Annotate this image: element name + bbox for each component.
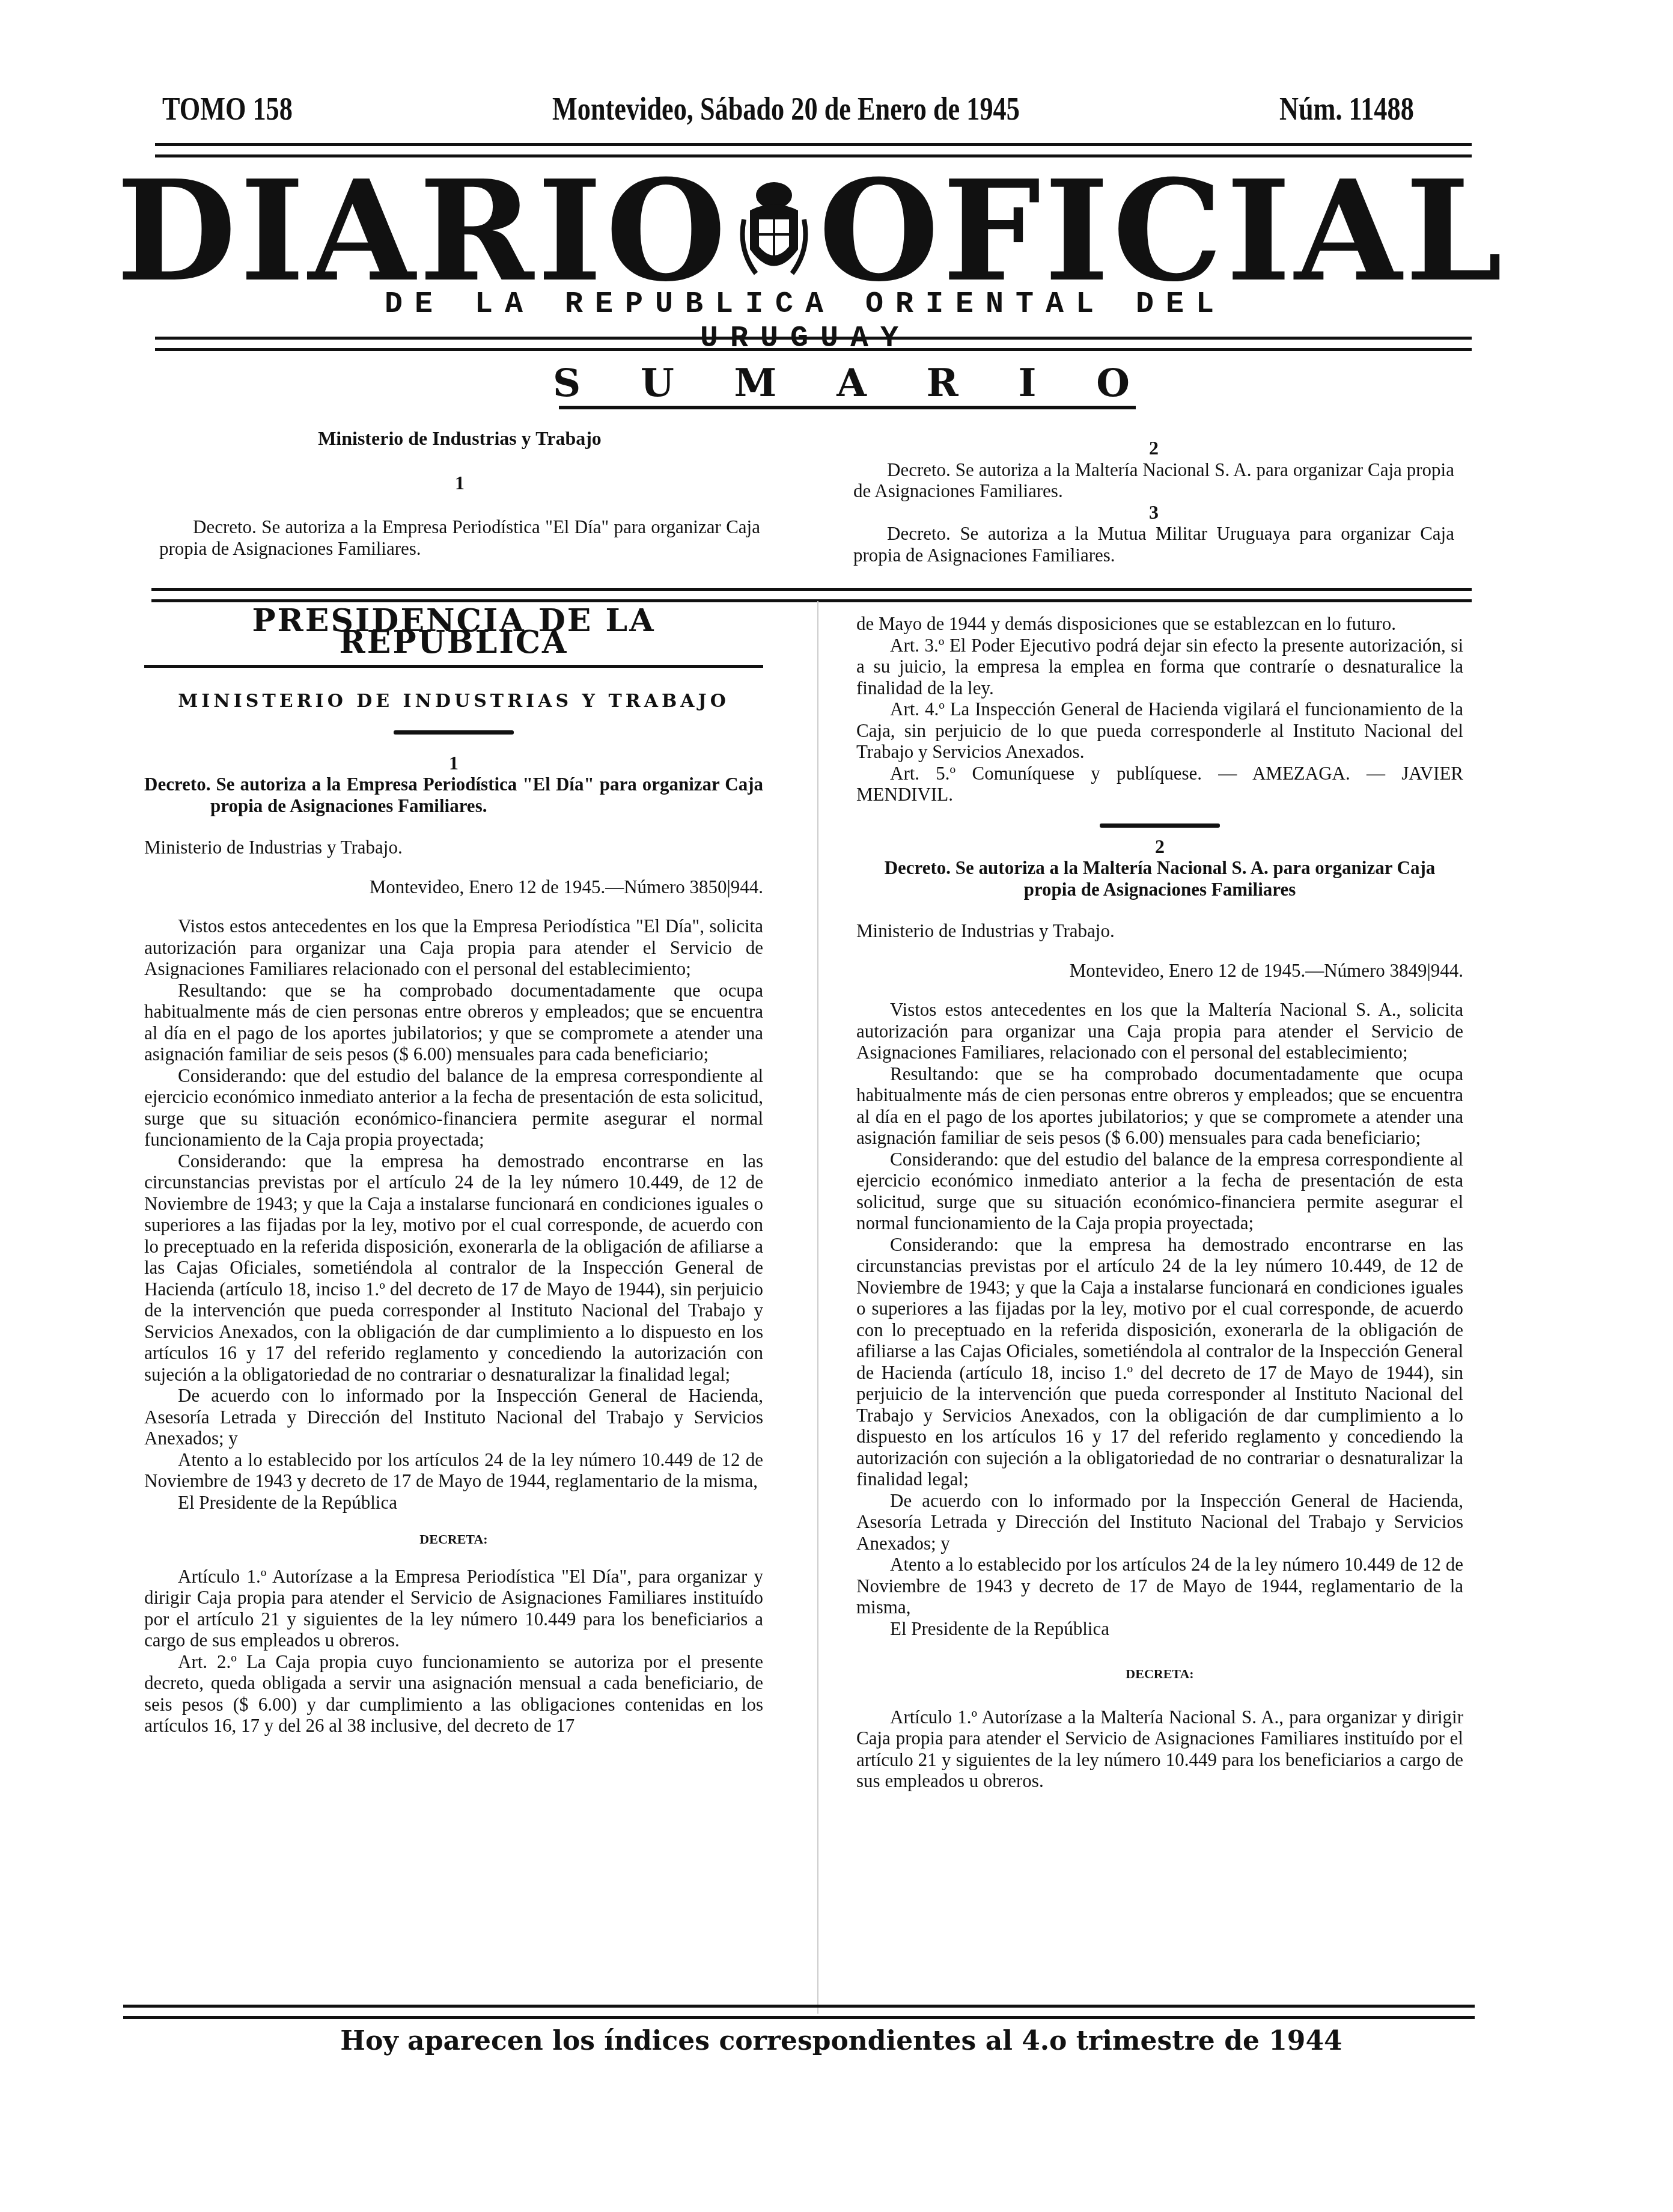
paragraph: Atento a lo establecido por los artículo… — [856, 1554, 1463, 1618]
paragraph: De acuerdo con lo informado por la Inspe… — [856, 1490, 1463, 1554]
sumario-ministry: Ministerio de Industrias y Trabajo — [159, 428, 760, 450]
coat-of-arms-icon — [738, 177, 810, 286]
left-column: PRESIDENCIA DE LA REPUBLICA MINISTERIO D… — [144, 610, 763, 1737]
decree-number: 1 — [144, 753, 763, 774]
sumario-letter: I — [1019, 361, 1037, 406]
volume-number: TOMO 158 — [162, 90, 293, 127]
decreta-heading: DECRETA: — [856, 1663, 1463, 1685]
column-separator — [817, 601, 818, 2014]
divider — [394, 730, 514, 735]
issue-number: Núm. 11488 — [1279, 90, 1414, 127]
paragraph: Considerando: que la empresa ha demostra… — [144, 1150, 763, 1386]
paragraph: El Presidente de la República — [856, 1618, 1463, 1640]
paragraph: Vistos estos antecedentes en los que la … — [856, 999, 1463, 1063]
sumario-letter: O — [1096, 361, 1130, 406]
header-bottom-rule — [155, 337, 1472, 351]
sumario-letter: A — [836, 361, 867, 406]
sumario-item-number: 3 — [853, 502, 1454, 524]
sumario-right: 2 Decreto. Se autoriza a la Maltería Nac… — [853, 438, 1454, 566]
paragraph: Resultando: que se ha comprobado documen… — [856, 1063, 1463, 1149]
sumario-letter: R — [927, 361, 958, 406]
paragraph: De acuerdo con lo informado por la Inspe… — [144, 1385, 763, 1449]
continuation: de Mayo de 1944 y demás disposiciones qu… — [856, 613, 1463, 635]
decreta-heading: DECRETA: — [144, 1529, 763, 1550]
article: Artículo 1.º Autorízase a la Maltería Na… — [856, 1706, 1463, 1792]
ministry-line: Ministerio de Industrias y Trabajo. — [856, 920, 1463, 942]
sumario-letter: M — [734, 361, 777, 406]
ministry-title: MINISTERIO DE INDUSTRIAS Y TRABAJO — [144, 691, 763, 712]
masthead-title-right: OFICIAL — [818, 162, 1506, 301]
paragraph: Considerando: que del estudio del balanc… — [856, 1149, 1463, 1234]
article: Art. 4.º La Inspección General de Hacien… — [856, 698, 1463, 763]
sumario-underline — [559, 406, 1136, 409]
issue-date: Montevideo, Sábado 20 de Enero de 1945 — [552, 90, 1020, 127]
article: Artículo 1.º Autorízase a la Empresa Per… — [144, 1566, 763, 1651]
date-line: Montevideo, Enero 12 de 1945.—Número 384… — [856, 960, 1463, 982]
article: Art. 2.º La Caja propia cuyo funcionamie… — [144, 1651, 763, 1737]
article: Art. 5.º Comuníquese y publíquese. — AME… — [856, 763, 1463, 805]
sumario-left: Ministerio de Industrias y Trabajo 1 Dec… — [159, 428, 760, 559]
sumario-item[interactable]: Decreto. Se autoriza a la Empresa Period… — [159, 516, 760, 559]
decree-title: Decreto. Se autoriza a la Empresa Period… — [144, 774, 763, 816]
sumario-item[interactable]: Decreto. Se autoriza a la Mutua Militar … — [853, 523, 1454, 566]
header-topline: TOMO 158 Montevideo, Sábado 20 de Enero … — [162, 90, 1414, 127]
sumario-item[interactable]: Decreto. Se autoriza a la Maltería Nacio… — [853, 459, 1454, 502]
paragraph: Resultando: que se ha comprobado documen… — [144, 980, 763, 1065]
paragraph: Atento a lo establecido por los artículo… — [144, 1449, 763, 1492]
masthead-title-left: DIARIO — [117, 162, 730, 301]
paragraph: Vistos estos antecedentes en los que la … — [144, 915, 763, 980]
section-title: PRESIDENCIA DE LA REPUBLICA — [144, 610, 763, 653]
sumario-letter: S — [553, 361, 581, 406]
paragraph: Considerando: que la empresa ha demostra… — [856, 1234, 1463, 1490]
sumario-title: S U M A R I O — [553, 361, 1130, 406]
right-column: de Mayo de 1944 y demás disposiciones qu… — [856, 613, 1463, 1792]
footer-rule — [123, 2005, 1475, 2019]
divider — [1100, 823, 1220, 828]
date-line: Montevideo, Enero 12 de 1945.—Número 385… — [144, 876, 763, 898]
section-rule — [144, 665, 763, 668]
footer-note: Hoy aparecen los índices correspondiente… — [120, 2026, 1562, 2056]
decree-number: 2 — [856, 836, 1463, 858]
ministry-line: Ministerio de Industrias y Trabajo. — [144, 837, 763, 858]
sumario-item-number: 2 — [853, 438, 1454, 459]
sumario-bottom-rule — [151, 588, 1472, 602]
masthead: DIARIO OFICIAL — [150, 165, 1472, 298]
paragraph: Considerando: que del estudio del balanc… — [144, 1065, 763, 1150]
decree-title: Decreto. Se autoriza a la Maltería Nacio… — [856, 857, 1463, 900]
article: Art. 3.º El Poder Ejecutivo podrá dejar … — [856, 635, 1463, 699]
sumario-letter: U — [641, 361, 674, 406]
paragraph: El Presidente de la República — [144, 1492, 763, 1514]
sumario-item-number: 1 — [159, 472, 760, 494]
